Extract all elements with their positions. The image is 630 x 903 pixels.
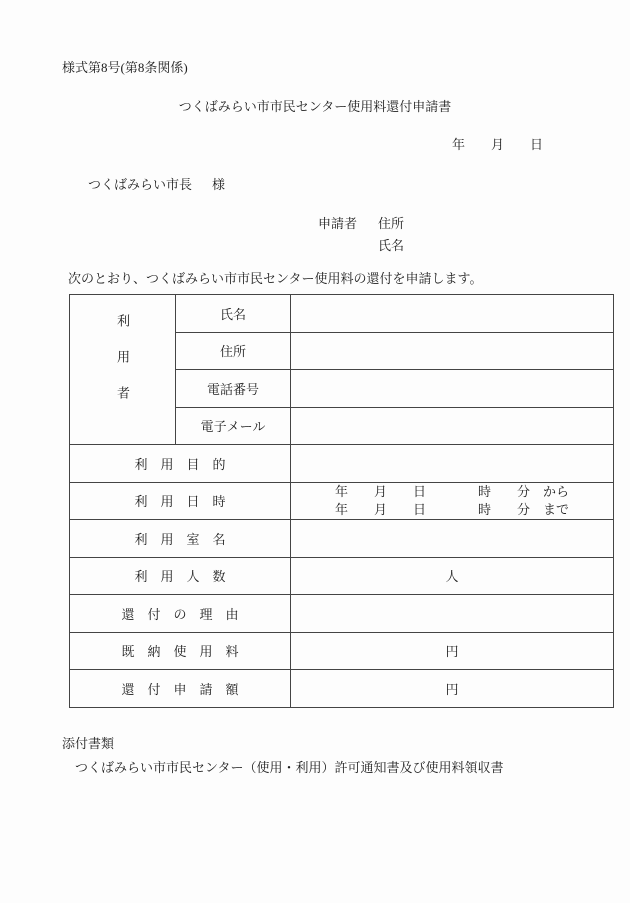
datetime-from-line: 年 月 日 時 分 から: [291, 483, 613, 501]
applicant-name-label: 氏名: [378, 235, 404, 254]
paid-fee-value-cell: 円: [291, 632, 614, 670]
attachments-item: つくばみらい市市民センター（使用・利用）許可通知書及び使用料領収書: [75, 757, 503, 776]
table-row: 利 用 人 数 人: [70, 557, 614, 595]
applicant-address-label: 住所: [378, 213, 404, 232]
user-email-value-cell: [291, 407, 614, 445]
table-row: 還 付 申 請 額 円: [70, 670, 614, 708]
table-row: 利用者 氏名: [70, 295, 614, 333]
datetime-to-line: 年 月 日 時 分 まで: [291, 501, 613, 519]
user-name-value-cell: [291, 295, 614, 333]
datetime-label-cell: 利 用 日 時: [70, 482, 291, 520]
addressee-name: つくばみらい市長: [88, 177, 192, 192]
form-number: 様式第8号(第8条関係): [62, 57, 188, 76]
attachments-heading: 添付書類: [62, 733, 114, 752]
refund-reason-value-cell: [291, 595, 614, 633]
intro-text: 次のとおり、つくばみらい市市民センター使用料の還付を申請します。: [68, 268, 482, 287]
refund-reason-label-cell: 還 付 の 理 由: [70, 595, 291, 633]
paid-fee-label-cell: 既 納 使 用 料: [70, 632, 291, 670]
table-row: 利 用 室 名: [70, 520, 614, 558]
document-page: 様式第8号(第8条関係) つくばみらい市市民センター使用料還付申請書 年 月 日…: [0, 0, 630, 903]
table-row: 利 用 日 時 年 月 日 時 分 から年 月 日 時 分 まで: [70, 482, 614, 520]
paid-fee-unit-label: 円: [445, 644, 458, 659]
people-count-value-cell: 人: [291, 557, 614, 595]
addressee-line: つくばみらい市長様: [88, 174, 225, 193]
table-row: 還 付 の 理 由: [70, 595, 614, 633]
document-title: つくばみらい市市民センター使用料還付申請書: [0, 96, 630, 115]
refund-amount-unit-label: 円: [445, 682, 458, 697]
table-row: 既 納 使 用 料 円: [70, 632, 614, 670]
application-table: 利用者 氏名 住所 電話番号 電子メール 利 用 目 的 利 用 日 時: [69, 294, 614, 708]
user-address-value-cell: [291, 332, 614, 370]
refund-amount-label-cell: 還 付 申 請 額: [70, 670, 291, 708]
user-address-label-cell: 住所: [176, 332, 291, 370]
room-value-cell: [291, 520, 614, 558]
user-group-label-cell: 利用者: [70, 295, 176, 445]
header-date-line: 年 月 日: [452, 134, 543, 153]
user-phone-value-cell: [291, 370, 614, 408]
datetime-value-cell: 年 月 日 時 分 から年 月 日 時 分 まで: [291, 482, 614, 520]
user-email-label-cell: 電子メール: [176, 407, 291, 445]
purpose-value-cell: [291, 445, 614, 483]
refund-amount-value-cell: 円: [291, 670, 614, 708]
people-count-label-cell: 利 用 人 数: [70, 557, 291, 595]
room-label-cell: 利 用 室 名: [70, 520, 291, 558]
applicant-label: 申請者: [318, 213, 357, 232]
user-name-label-cell: 氏名: [176, 295, 291, 333]
people-unit-label: 人: [445, 569, 458, 584]
user-phone-label-cell: 電話番号: [176, 370, 291, 408]
purpose-label-cell: 利 用 目 的: [70, 445, 291, 483]
honorific-label: 様: [212, 177, 225, 192]
table-row: 利 用 目 的: [70, 445, 614, 483]
